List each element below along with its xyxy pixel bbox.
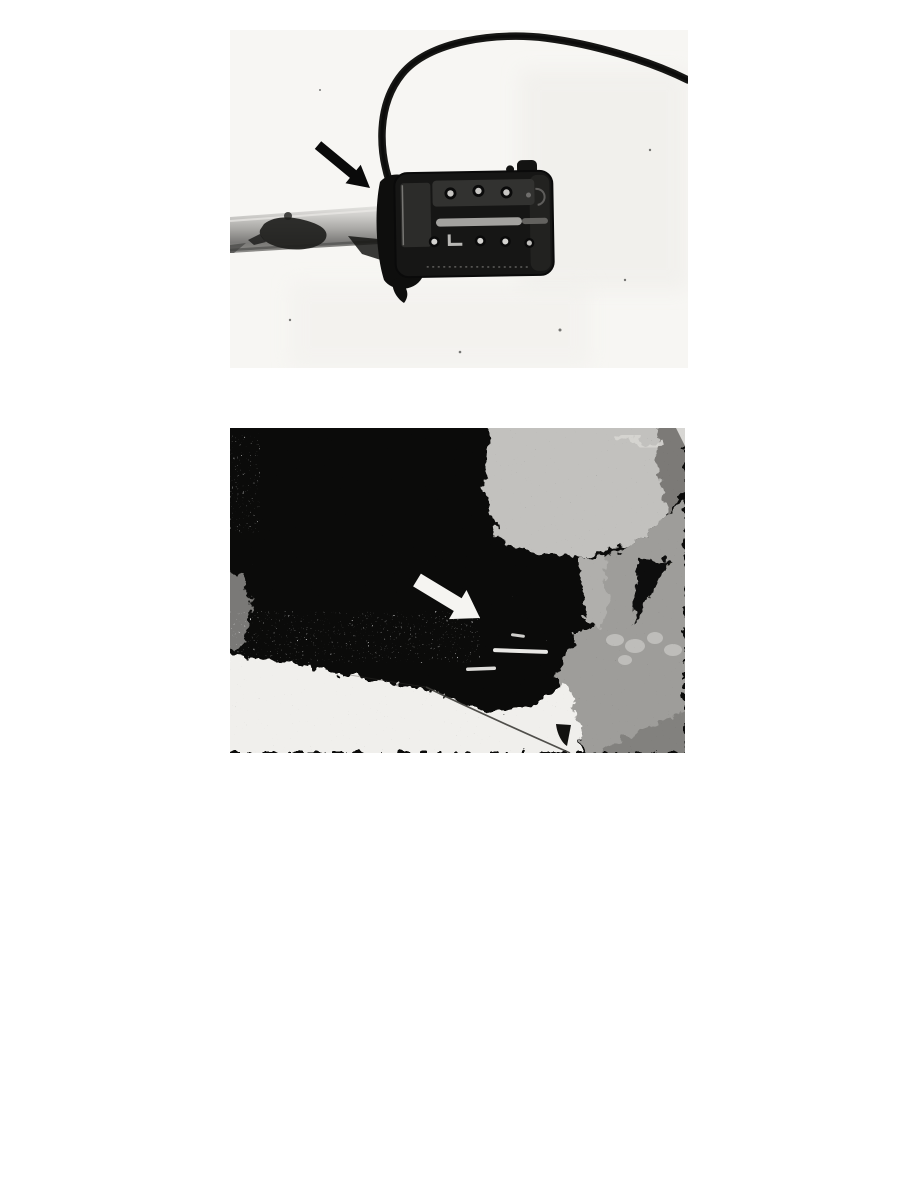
figure-connector-photo: [230, 30, 688, 368]
cavity-photo-canvas: [230, 428, 685, 753]
figure-cavity-photo: [230, 428, 685, 753]
connector-photo-canvas: [230, 30, 688, 368]
film-grain: [230, 428, 685, 753]
document-page: [0, 0, 918, 1188]
film-grain: [230, 30, 688, 368]
